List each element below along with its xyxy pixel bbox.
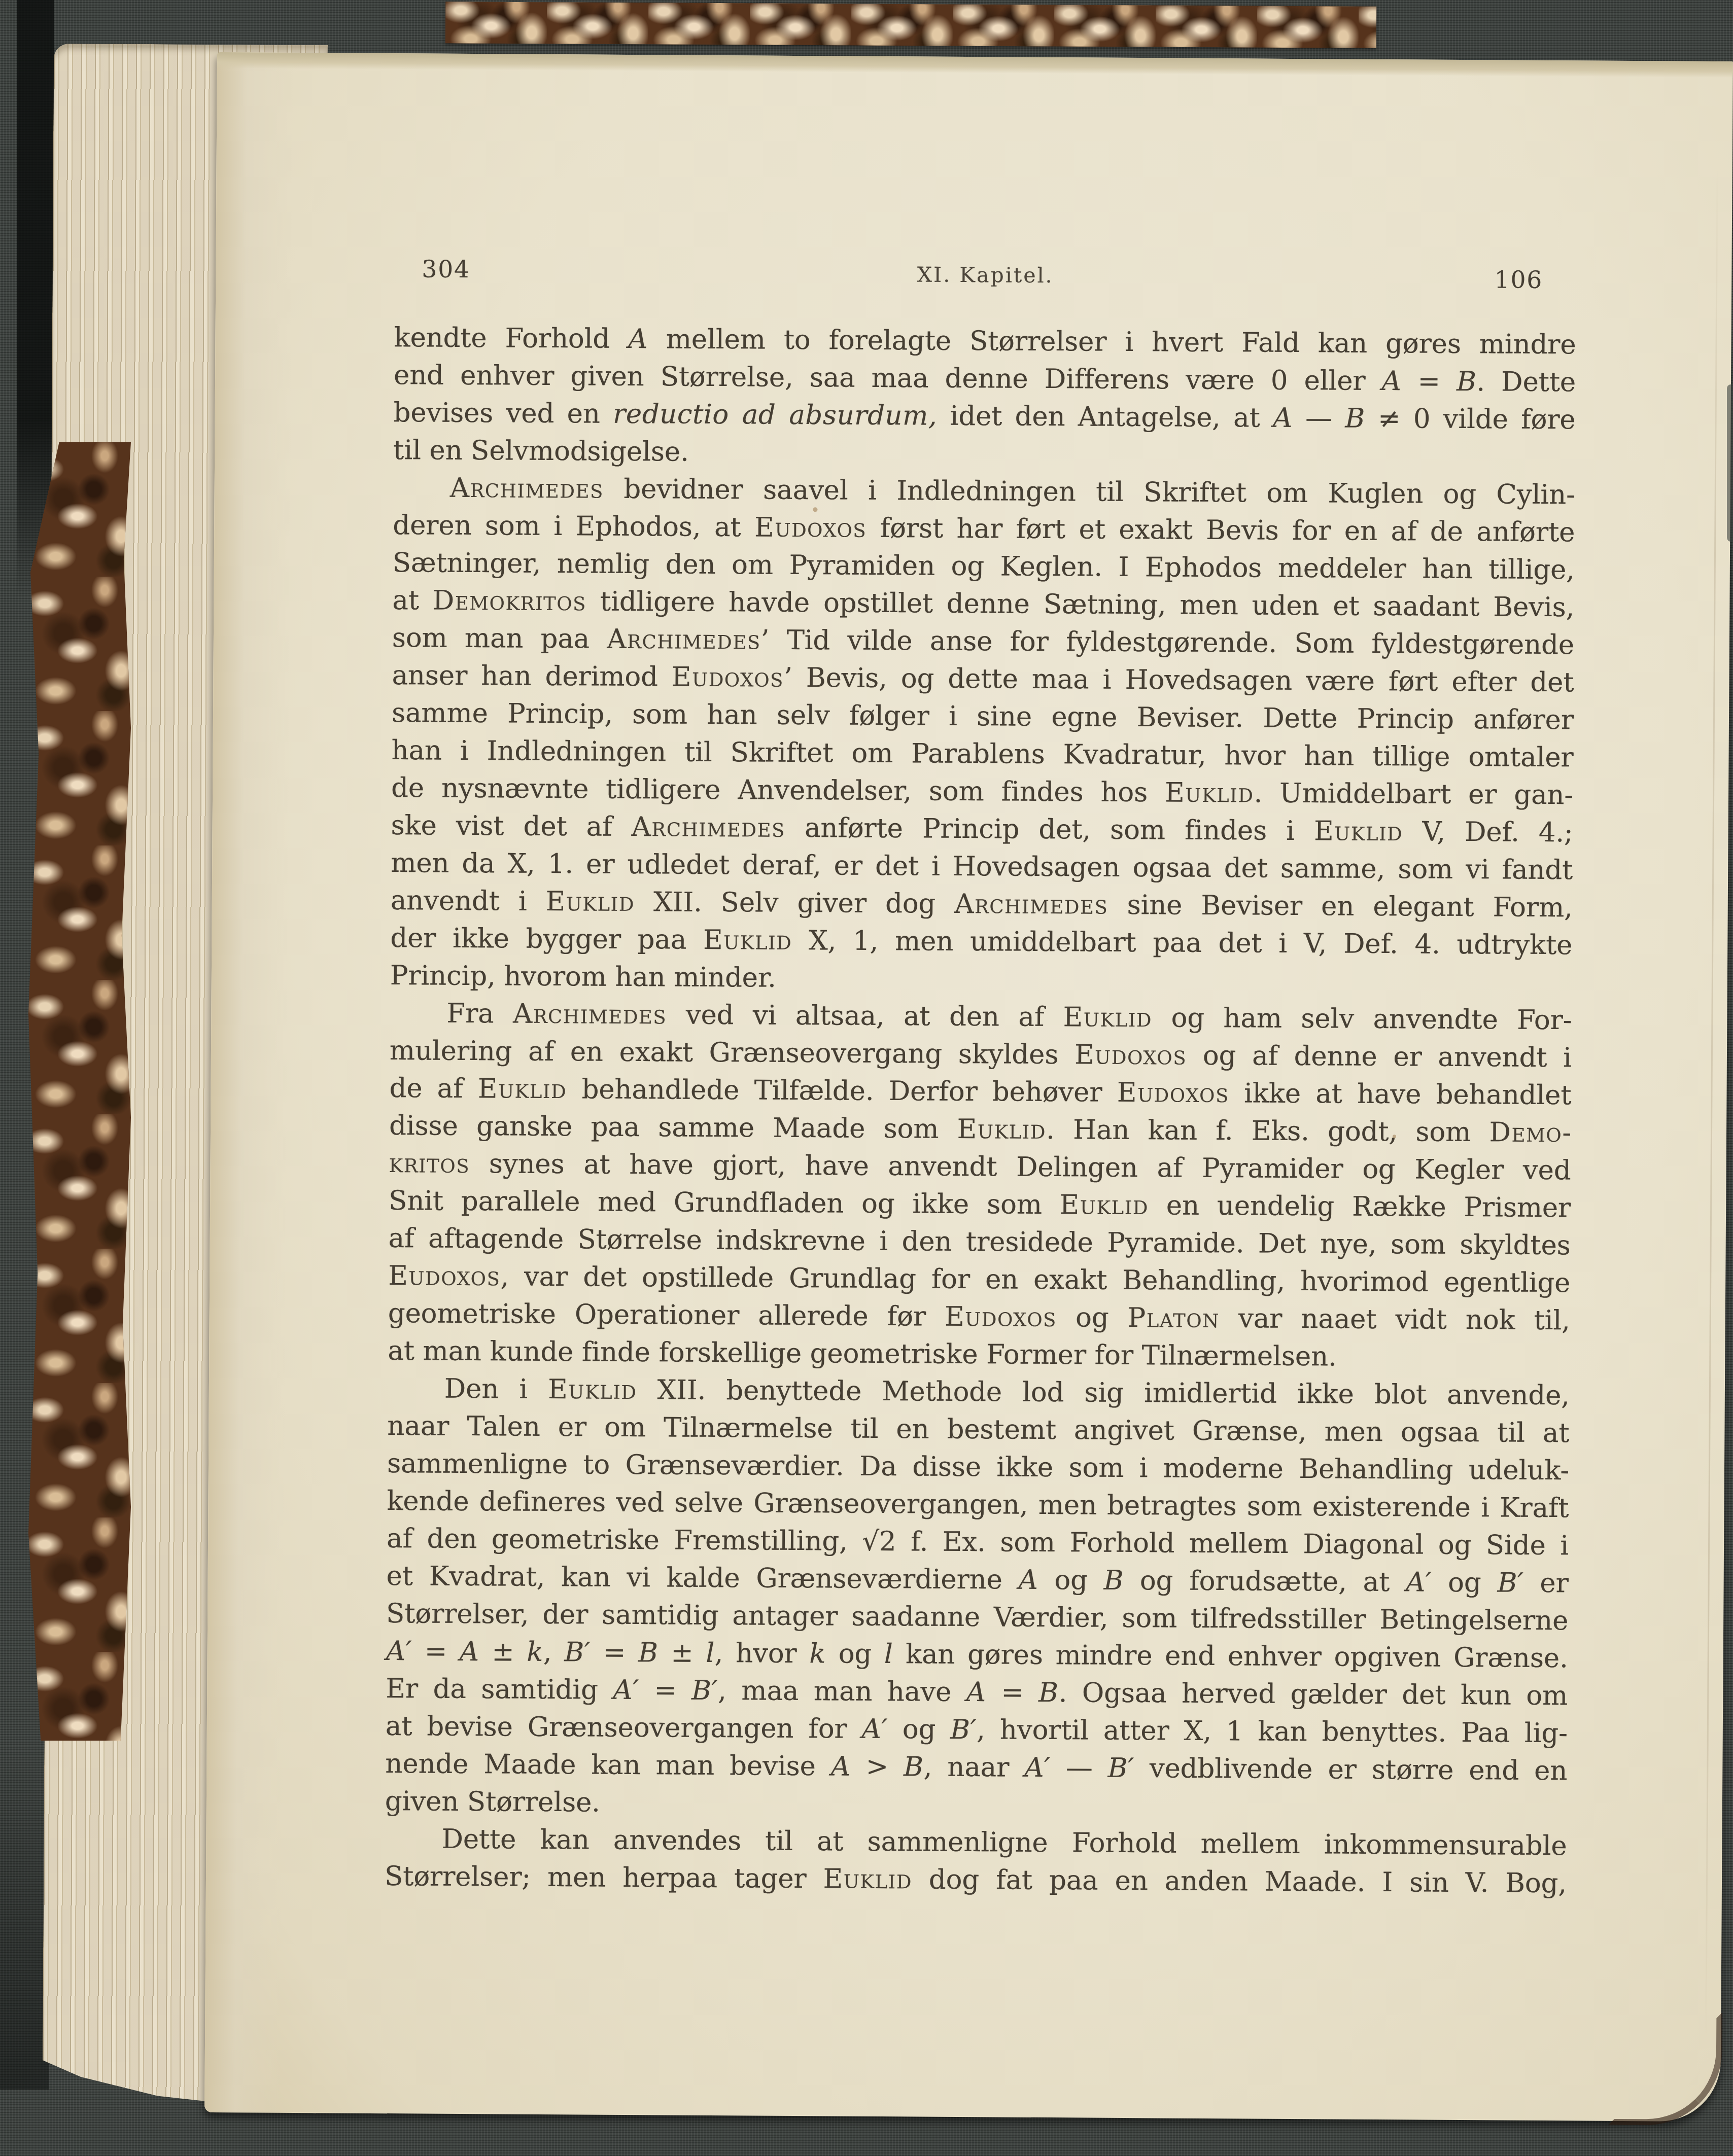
- text-line-9: som man paa Archimedes’ Tid vilde anse f…: [392, 619, 1574, 664]
- text-line-4: til en Selvmodsigelse.: [393, 432, 1575, 476]
- scan-right-edge-notch: [1727, 384, 1733, 542]
- text-line-22: disse ganske paa samme Maade som Euklid.…: [389, 1107, 1571, 1152]
- text-line-2: end enhver given Størrelse, saa maa denn…: [394, 357, 1576, 401]
- text-line-11: samme Princip, som han selv følger i sin…: [392, 694, 1574, 739]
- text-line-6: deren som i Ephodos, at Eudoxos først ha…: [393, 507, 1575, 551]
- text-line-3: bevises ved en reductio ad absurdum, ide…: [393, 394, 1575, 439]
- text-line-41: Dette kan anvendes til at sammenligne Fo…: [385, 1820, 1567, 1865]
- text-line-26: Eudoxos, var det opstillede Grundlag for…: [388, 1257, 1570, 1302]
- page-crease: [1705, 163, 1718, 2039]
- text-line-34: et Kvadrat, kan vi kalde Grænseværdierne…: [386, 1558, 1568, 1602]
- text-line-36: A′ = A ± k, B′ = B ± l, hvor k og l kan …: [386, 1633, 1568, 1677]
- text-line-27: geometriske Operationer allerede før Eud…: [388, 1295, 1570, 1339]
- text-line-5: Archimedes bevidner saavel i Indledninge…: [393, 469, 1575, 514]
- text-line-14: ske vist det af Archimedes anførte Princ…: [391, 807, 1573, 852]
- text-line-15: men da X, 1. er udledet deraf, er det i …: [391, 844, 1573, 889]
- text-line-18: Princip, hvorom han minder.: [390, 957, 1572, 1002]
- text-line-20: mulering af en exakt Grænseovergang skyl…: [390, 1032, 1572, 1077]
- text-line-35: Størrelser, der samtidig antager saadann…: [386, 1595, 1568, 1640]
- text-line-42: Størrelser; men herpaa tager Euklid dog …: [385, 1858, 1567, 1902]
- cover-board-edge-bottom: [0, 1745, 49, 2090]
- running-head: 304 XI. Kapitel. 106: [394, 255, 1576, 295]
- text-line-40: given Størrelse.: [385, 1783, 1567, 1827]
- text-line-19: Fra Archimedes ved vi altsaa, at den af …: [390, 995, 1572, 1039]
- text-line-21: de af Euklid behandlede Tilfælde. Derfor…: [389, 1070, 1571, 1114]
- text-line-28: at man kunde finde forskellige geometris…: [388, 1332, 1570, 1377]
- text-line-38: at bevise Grænseovergangen for A′ og B′,…: [386, 1708, 1568, 1752]
- page-left-edge-shading: [204, 52, 293, 2113]
- marbled-cover-edge: [28, 442, 131, 1741]
- text-line-13: de nysnævnte tidligere Anvendelser, som …: [391, 769, 1573, 814]
- book-scan: 304 XI. Kapitel. 106 kendte Forhold A me…: [0, 0, 1733, 2156]
- text-line-16: anvendt i Euklid XII. Selv giver dog Arc…: [391, 882, 1573, 927]
- text-line-39: nende Maade kan man bevise A > B, naar A…: [385, 1745, 1567, 1790]
- text-line-37: Er da samtidig A′ = B′, maa man have A =…: [386, 1670, 1568, 1715]
- text-line-25: af aftagende Størrelse indskrevne i den …: [388, 1220, 1570, 1264]
- text-line-10: anser han derimod Eudoxos’ Bevis, og det…: [392, 657, 1574, 701]
- text-line-7: Sætninger, nemlig den om Pyramiden og Ke…: [393, 544, 1575, 589]
- text-line-17: der ikke bygger paa Euklid X, 1, men umi…: [390, 920, 1572, 964]
- book-page: 304 XI. Kapitel. 106 kendte Forhold A me…: [204, 52, 1733, 2122]
- body-text: kendte Forhold A mellem to forelagte Stø…: [385, 319, 1576, 1902]
- marbled-top-edge: [445, 2, 1376, 48]
- chapter-title: XI. Kapitel.: [394, 259, 1576, 291]
- text-line-23: kritos synes at have gjort, have anvendt…: [389, 1145, 1571, 1189]
- text-line-12: han i Indledningen til Skriftet om Parab…: [391, 732, 1573, 776]
- text-line-8: at Demokritos tidligere havde opstillet …: [392, 582, 1574, 626]
- text-line-24: Snit parallele med Grundfladen og ikke s…: [389, 1182, 1571, 1227]
- text-line-29: Den i Euklid XII. benyttede Methode lod …: [388, 1370, 1570, 1415]
- text-line-1: kendte Forhold A mellem to forelagte Stø…: [394, 319, 1576, 364]
- text-line-32: kende defineres ved selve Grænseovergang…: [387, 1482, 1569, 1527]
- text-line-30: naar Talen er om Tilnærmelse til en best…: [387, 1407, 1569, 1452]
- text-line-33: af den geometriske Fremstilling, √2 f. E…: [387, 1520, 1569, 1565]
- text-line-31: sammenligne to Grænseværdier. Da disse i…: [387, 1445, 1569, 1490]
- page-number-right: 106: [1494, 266, 1543, 294]
